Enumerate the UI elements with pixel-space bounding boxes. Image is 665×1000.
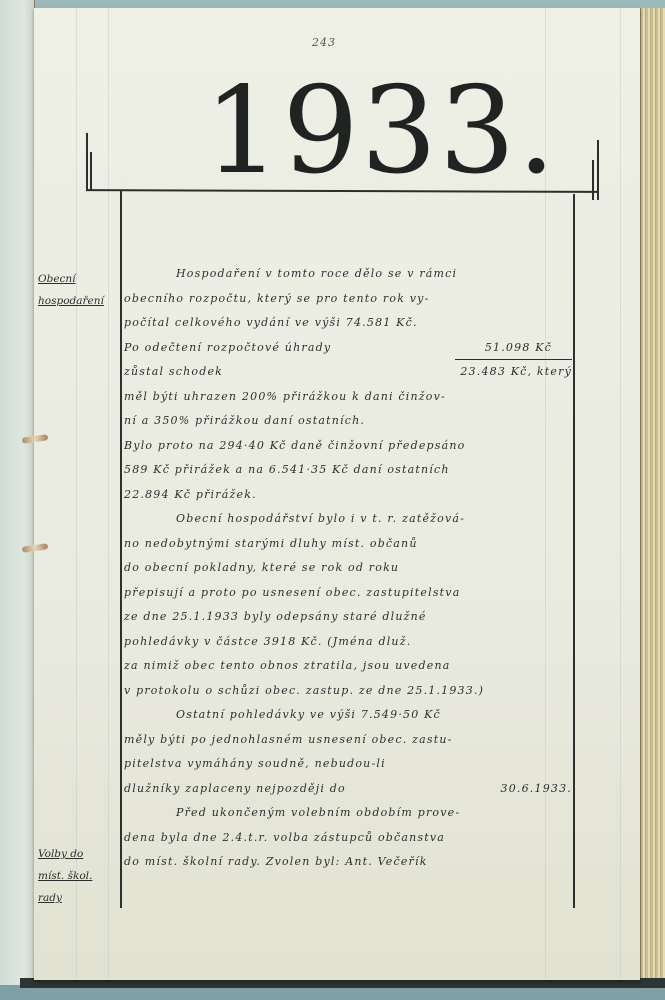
text-line: měl býti uhrazen 200% přirážkou k dani č… bbox=[124, 385, 576, 410]
text-line: měly býti po jednohlasném usnesení obec.… bbox=[124, 728, 576, 753]
page-number: 243 bbox=[312, 36, 336, 49]
text-line: Ostatní pohledávky ve výši 7.549·50 Kč bbox=[124, 703, 576, 728]
margin-note-line: míst. škol. bbox=[38, 865, 120, 887]
line-left: Po odečtení rozpočtové úhrady bbox=[124, 336, 331, 361]
text-line: Bylo proto na 294·40 Kč daně činžovní př… bbox=[124, 434, 576, 459]
year-heading: 1933. bbox=[204, 72, 504, 192]
faint-ruled-line bbox=[620, 8, 621, 978]
text-line: dena byla dne 2.4.t.r. volba zástupců ob… bbox=[124, 826, 576, 851]
text-line: ze dne 25.1.1933 byly odepsány staré dlu… bbox=[124, 605, 576, 630]
text-line: do míst. školní rady. Zvolen byl: Ant. V… bbox=[124, 850, 576, 875]
text-line: Po odečtení rozpočtové úhrady 51.098 Kč bbox=[124, 336, 576, 361]
text-line: přepisují a proto po usnesení obec. zast… bbox=[124, 581, 576, 606]
text-line: dlužníky zaplaceny nejpozději do 30.6.19… bbox=[124, 777, 576, 802]
text-line: obecního rozpočtu, který se pro tento ro… bbox=[124, 287, 576, 312]
text-line: Hospodaření v tomto roce dělo se v rámci bbox=[124, 262, 576, 287]
header-frame-right-inner bbox=[592, 160, 594, 200]
text-line: za nimiž obec tento obnos ztratila, jsou… bbox=[124, 654, 576, 679]
text-line: 22.894 Kč přirážek. bbox=[124, 483, 576, 508]
header-frame-left-inner bbox=[90, 152, 92, 190]
line-right: 30.6.1933. bbox=[501, 777, 572, 802]
margin-note-obecni-hospodareni: Obecní hospodaření bbox=[38, 268, 120, 312]
text-line: do obecní pokladny, které se rok od roku bbox=[124, 556, 576, 581]
text-line: Před ukončeným volebním obdobím prove- bbox=[124, 801, 576, 826]
faint-ruled-line bbox=[108, 8, 109, 978]
text-line: počítal celkového vydání ve výši 74.581 … bbox=[124, 311, 576, 336]
header-frame-left bbox=[86, 133, 88, 191]
text-line: pohledávky v částce 3918 Kč. (Jména dluž… bbox=[124, 630, 576, 655]
line-left: zůstal schodek bbox=[124, 360, 223, 385]
handwritten-entry: Hospodaření v tomto roce dělo se v rámci… bbox=[124, 262, 576, 875]
text-line: pitelstva vymáhány soudně, nebudou-li bbox=[124, 752, 576, 777]
left-page-edge bbox=[0, 0, 35, 985]
line-right: 23.483 Kč, který bbox=[460, 360, 572, 385]
text-line: zůstal schodek 23.483 Kč, který bbox=[124, 360, 576, 385]
line-left: dlužníky zaplaceny nejpozději do bbox=[124, 777, 346, 802]
margin-note-line: Volby do bbox=[38, 843, 120, 865]
margin-note-line: hospodaření bbox=[38, 290, 120, 312]
margin-note-line: Obecní bbox=[38, 268, 120, 290]
text-line: v protokolu o schůzi obec. zastup. ze dn… bbox=[124, 679, 576, 704]
text-line: no nedobytnými starými dluhy míst. občan… bbox=[124, 532, 576, 557]
amount-underlined: 51.098 Kč bbox=[455, 336, 572, 361]
margin-note-volby: Volby do míst. škol. rady bbox=[38, 843, 120, 909]
text-line: ní a 350% přirážkou daní ostatních. bbox=[124, 409, 576, 434]
page-stack-edge bbox=[640, 8, 665, 978]
margin-note-line: rady bbox=[38, 887, 120, 909]
text-line: 589 Kč přirážek a na 6.541·35 Kč daní os… bbox=[124, 458, 576, 483]
text-line: Obecní hospodářství bylo i v t. r. zatěž… bbox=[124, 507, 576, 532]
margin-column-rule bbox=[120, 191, 122, 908]
faint-ruled-line bbox=[76, 8, 77, 978]
